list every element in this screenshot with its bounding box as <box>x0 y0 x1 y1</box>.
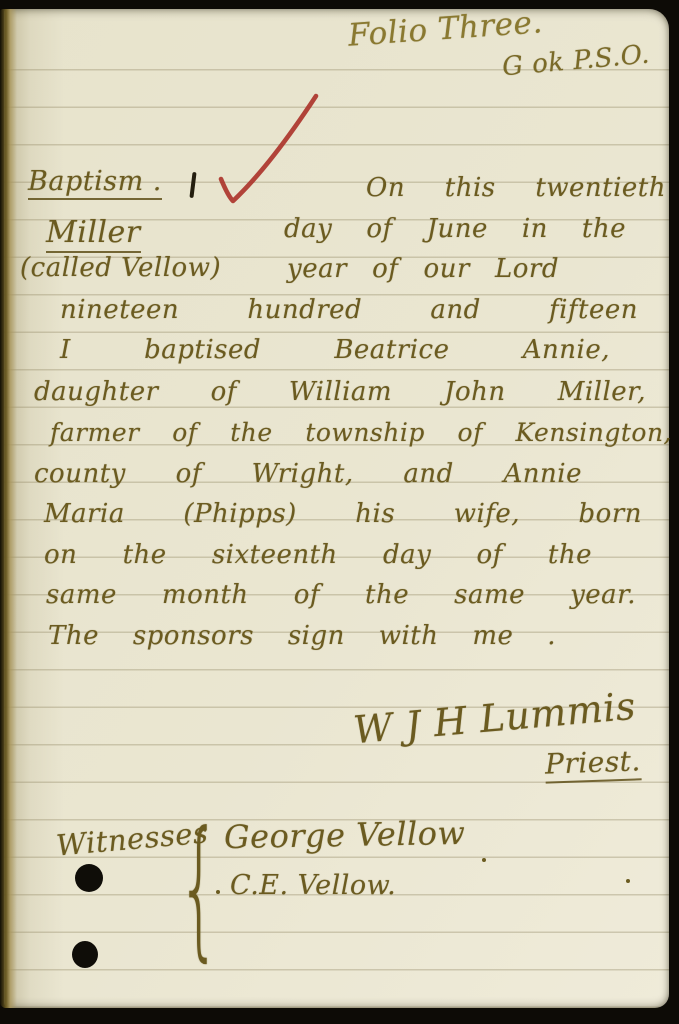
body-line: The sponsors sign with me . <box>48 621 556 651</box>
body-line: I baptised Beatrice Annie, <box>60 335 610 365</box>
witness-signature: C.E. Vellow. <box>230 870 396 901</box>
book-spine-edge <box>0 9 17 1008</box>
punch-hole <box>75 864 103 892</box>
priest-title: Priest. <box>544 744 641 780</box>
body-line: daughter of William John Miller, <box>34 377 646 407</box>
body-line: nineteen hundred and fifteen <box>60 295 638 325</box>
punch-hole <box>72 941 98 968</box>
ink-dot <box>216 890 220 894</box>
body-line: Maria (Phipps) his wife, born <box>44 499 642 529</box>
body-line: year of our Lord <box>287 254 559 284</box>
witness-signature: George Vellow <box>224 814 466 856</box>
surname-note: Miller <box>46 215 141 250</box>
surname-text: Miller <box>46 215 141 253</box>
ink-dot <box>626 879 630 883</box>
entry-type-text: Baptism . <box>28 166 162 200</box>
body-line: day of June in the <box>284 214 626 244</box>
body-line: On this twentieth <box>366 173 666 203</box>
body-line: on the sixteenth day of the <box>44 540 592 570</box>
body-line: same month of the same year. <box>46 580 636 610</box>
witness-brace: { <box>178 800 221 976</box>
body-line: farmer of the township of Kensington, <box>50 418 672 447</box>
entry-type-heading: Baptism . <box>28 166 162 197</box>
ink-dot <box>482 858 486 862</box>
priest-title-text: Priest. <box>544 744 641 783</box>
alias-note: (called Vellow) <box>20 253 221 283</box>
scan-background: Folio Three. G ok P.S.O. Baptism . Mille… <box>0 0 679 1024</box>
body-line: county of Wright, and Annie <box>34 459 582 489</box>
